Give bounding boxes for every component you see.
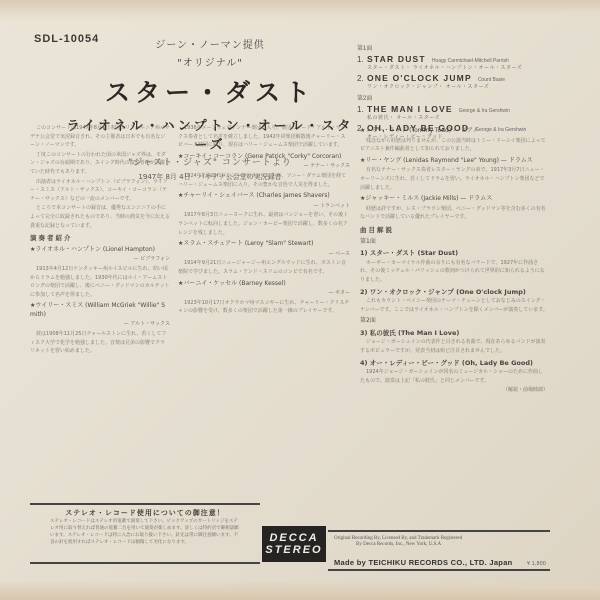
paragraph: 1936年メーソウェヴァンナー楽団に入り、楽団のリード・アルト・サックス奏者とし… (178, 124, 350, 150)
notice-title: ステレオ・レコード使用についての御注意！ (30, 508, 260, 518)
track-number: 1. (357, 105, 367, 114)
commentary-text: これもカウント・ベイシー楽団のテーマ・チューンとしておなじみのスイング・ナンバー… (360, 297, 548, 314)
side-label: 第2面 (357, 93, 547, 102)
track-japanese-title: ワン・オクロック・ジャンプ・ オール・スターズ (367, 83, 547, 90)
player-role: — トランペット (178, 202, 350, 211)
player-bio: 1923年10月17日オクラホマ州マスコギーに生れ、チャーリー・クリスチャンの影… (178, 299, 350, 316)
player-name: ★リー・ヤング (Lenidas Raymond "Lee" Young) — … (360, 157, 548, 166)
record-sleeve-back: SDL-10054 ジーン・ノーマン提供 "オリジナル" スター・ダスト ライオ… (0, 0, 600, 600)
player-name: ★ウイリー・スミス (William McGriek "Willie" Smit… (30, 302, 170, 319)
liner-notes-column-1: このコンサートは1947年8月4日米国カリフォルニア州パサデナ公会堂で実況録音さ… (30, 124, 170, 504)
manufacturer-row: Made by TEICHIKU RECORDS CO., LTD. Japan… (328, 558, 550, 571)
commentary-text: ジョージ・ガーシュインの代表作と目される名曲で、現在あらゆるバンドが演奏するポピ… (360, 338, 548, 355)
player-name: ★トミー・トッド (Tommy Todd) — ピアノ (360, 127, 548, 136)
commentary-text: ホーギー・カーマイケル作曲の余りにも有名なバラードで、1927年に作曲され、その… (360, 259, 548, 285)
paragraph: 丁度このコンサートの行われた頃の米国ジャズ界は、モダン・ジャズの台頭期であり、ス… (30, 151, 170, 177)
track-title: ONE O'CLOCK JUMP (367, 73, 472, 83)
player-bio: 残念ながら経歴は判りませんが、この公演当時はトミー・ドーシイ楽団によってピアニス… (360, 137, 548, 154)
player-role: — ビブラフォン (30, 255, 170, 264)
license-line-1: Original Recording By, Licensed By, and … (328, 536, 550, 541)
player-bio: 経歴は詳ですが、レス・ブラウン楽団、ベニー・グッドマン等を含む多くの有名なバンド… (360, 205, 548, 222)
commentary-credit: （解説・前場睦郎） (360, 386, 548, 395)
price: ¥ 1,800 (527, 561, 546, 567)
track-number: 2. (357, 74, 367, 83)
player-bio: 彼は1908年11月25日チャールストンに生れ、若くしてフィスク大学で化学を勉強… (30, 330, 170, 356)
side-label: 第1面 (360, 238, 548, 247)
album-title: スター・ダスト (60, 73, 360, 109)
player-bio: 1914年9月21日ニュージャージー州エングルウッドに生れ、ボストン音楽院で学び… (178, 259, 350, 276)
player-name: ★チャーリイ・シェイバース (Charles James Shavers) (178, 192, 350, 201)
section-title: 演奏者紹介 (30, 234, 170, 243)
player-name: ★ジャッキー・ミルス (Jackie Mills) — ドラムス (360, 195, 548, 204)
player-role: — ギター (178, 289, 350, 298)
commentary-heading: 3) 私の彼氏 (The Man I Love) (360, 329, 548, 338)
paragraph: 出演者はライオネル・ハンプトン（ビブラフォン）、ウイリー・スミス（アルト・サック… (30, 178, 170, 204)
side-label: 第2面 (360, 317, 548, 326)
section-title: 曲目解説 (360, 226, 548, 235)
original-label: "オリジナル" (60, 54, 360, 69)
track-line: 2.ONE O'CLOCK JUMPCount Basie (357, 73, 547, 83)
track: 1.STAR DUSTHoagy Carmichael-Mitchell Par… (357, 54, 547, 71)
player-role: — テナー・サックス (178, 162, 350, 171)
player-bio: 有名なテナー・サックス奏者レスター・ヤングの弟で、1917年3月7日ニュー・オー… (360, 166, 548, 192)
player-name: ★コーキイ・コーコラン (Gene Patrick "Corky" Corcor… (178, 153, 350, 162)
player-bio: 1917年8月3日ニューヨークに生れ、最初はバンジョーを習い、その後トランペット… (178, 211, 350, 237)
worn-bottom-edge (0, 580, 600, 600)
player-role: — ベース (178, 250, 350, 259)
commentary-heading: 2) ワン・オクロック・ジャンプ (One O'clock Jump) (360, 288, 548, 297)
player-bio: 1913年4月12日ケンタッキー州ルイスビルに生れ、幼い頃からドラムを勉強しまし… (30, 265, 170, 299)
side-label: 第1面 (357, 43, 547, 52)
player-role: — アルト・サックス (30, 320, 170, 329)
license-line-2: By Decca Records, Inc., New York, U.S.A (328, 542, 550, 547)
player-name: ★ライオネル・ハンプトン (Lionel Hampton) (30, 246, 170, 255)
liner-notes-column-3: ★トミー・トッド (Tommy Todd) — ピアノ残念ながら経歴は判りません… (360, 124, 548, 494)
track-composer: George & Ira Gershwin (459, 108, 510, 114)
track-title: THE MAN I LOVE (367, 104, 453, 114)
track-line: 1.STAR DUSTHoagy Carmichael-Mitchell Par… (357, 54, 547, 64)
decca-stereo-logo: DECCA STEREO (262, 526, 326, 562)
track-japanese-title: スター・ダスト・ ライオネル・ハンプトン・オール・スターズ (367, 64, 547, 71)
player-bio: 1924年7月28日ワシントン州タコマに生れ、ソニー・ダナム楽団を経てハリー・ジ… (178, 172, 350, 189)
commentary-heading: 1) スター・ダスト (Star Dust) (360, 249, 548, 258)
paragraph: このコンサートは1947年8月4日米国カリフォルニア州パサデナ公会堂で実況録音さ… (30, 124, 170, 150)
track-line: 1.THE MAN I LOVEGeorge & Ira Gershwin (357, 104, 547, 114)
notice-text: ステレオ・レコードはステレオ用電蓄で演奏して下さい。ピックアップのカートリッジを… (30, 518, 260, 546)
paragraph: ところで本コンサートの録音は、優秀なエンジニアの手によって完全に収録されたもので… (30, 204, 170, 230)
logo-line-2: STEREO (265, 544, 322, 556)
footer-credits: Original Recording By, Licensed By, and … (328, 530, 550, 571)
track-japanese-title: 私の彼氏・ オール・スターズ (367, 114, 547, 121)
track: 1.THE MAN I LOVEGeorge & Ira Gershwin私の彼… (357, 104, 547, 121)
stereo-notice: ステレオ・レコード使用についての御注意！ ステレオ・レコードはステレオ用電蓄で演… (30, 503, 260, 564)
track-title: STAR DUST (367, 54, 426, 64)
presenter: ジーン・ノーマン提供 (60, 36, 360, 51)
worn-top-edge (0, 0, 600, 22)
commentary-text: 1924年ジョージ・ガーシュインが同名のミュージカル・ショーのために作曲したもの… (360, 368, 548, 385)
commentary-heading: 4) オー・レディー・ビー・グッド (Oh, Lady Be Good) (360, 359, 548, 368)
liner-notes-column-2: 1936年メーソウェヴァンナー楽団に入り、楽団のリード・アルト・サックス奏者とし… (178, 124, 350, 554)
track-number: 1. (357, 55, 367, 64)
manufacturer: Made by TEICHIKU RECORDS CO., LTD. Japan (334, 558, 513, 567)
track: 2.ONE O'CLOCK JUMPCount Basieワン・オクロック・ジャ… (357, 73, 547, 90)
player-name: ★スラム・スチュアート (Leroy "Slam" Stewart) (178, 240, 350, 249)
logo-line-1: DECCA (269, 532, 318, 544)
player-name: ★バーニイ・ケッセル (Barney Kessel) (178, 280, 350, 289)
